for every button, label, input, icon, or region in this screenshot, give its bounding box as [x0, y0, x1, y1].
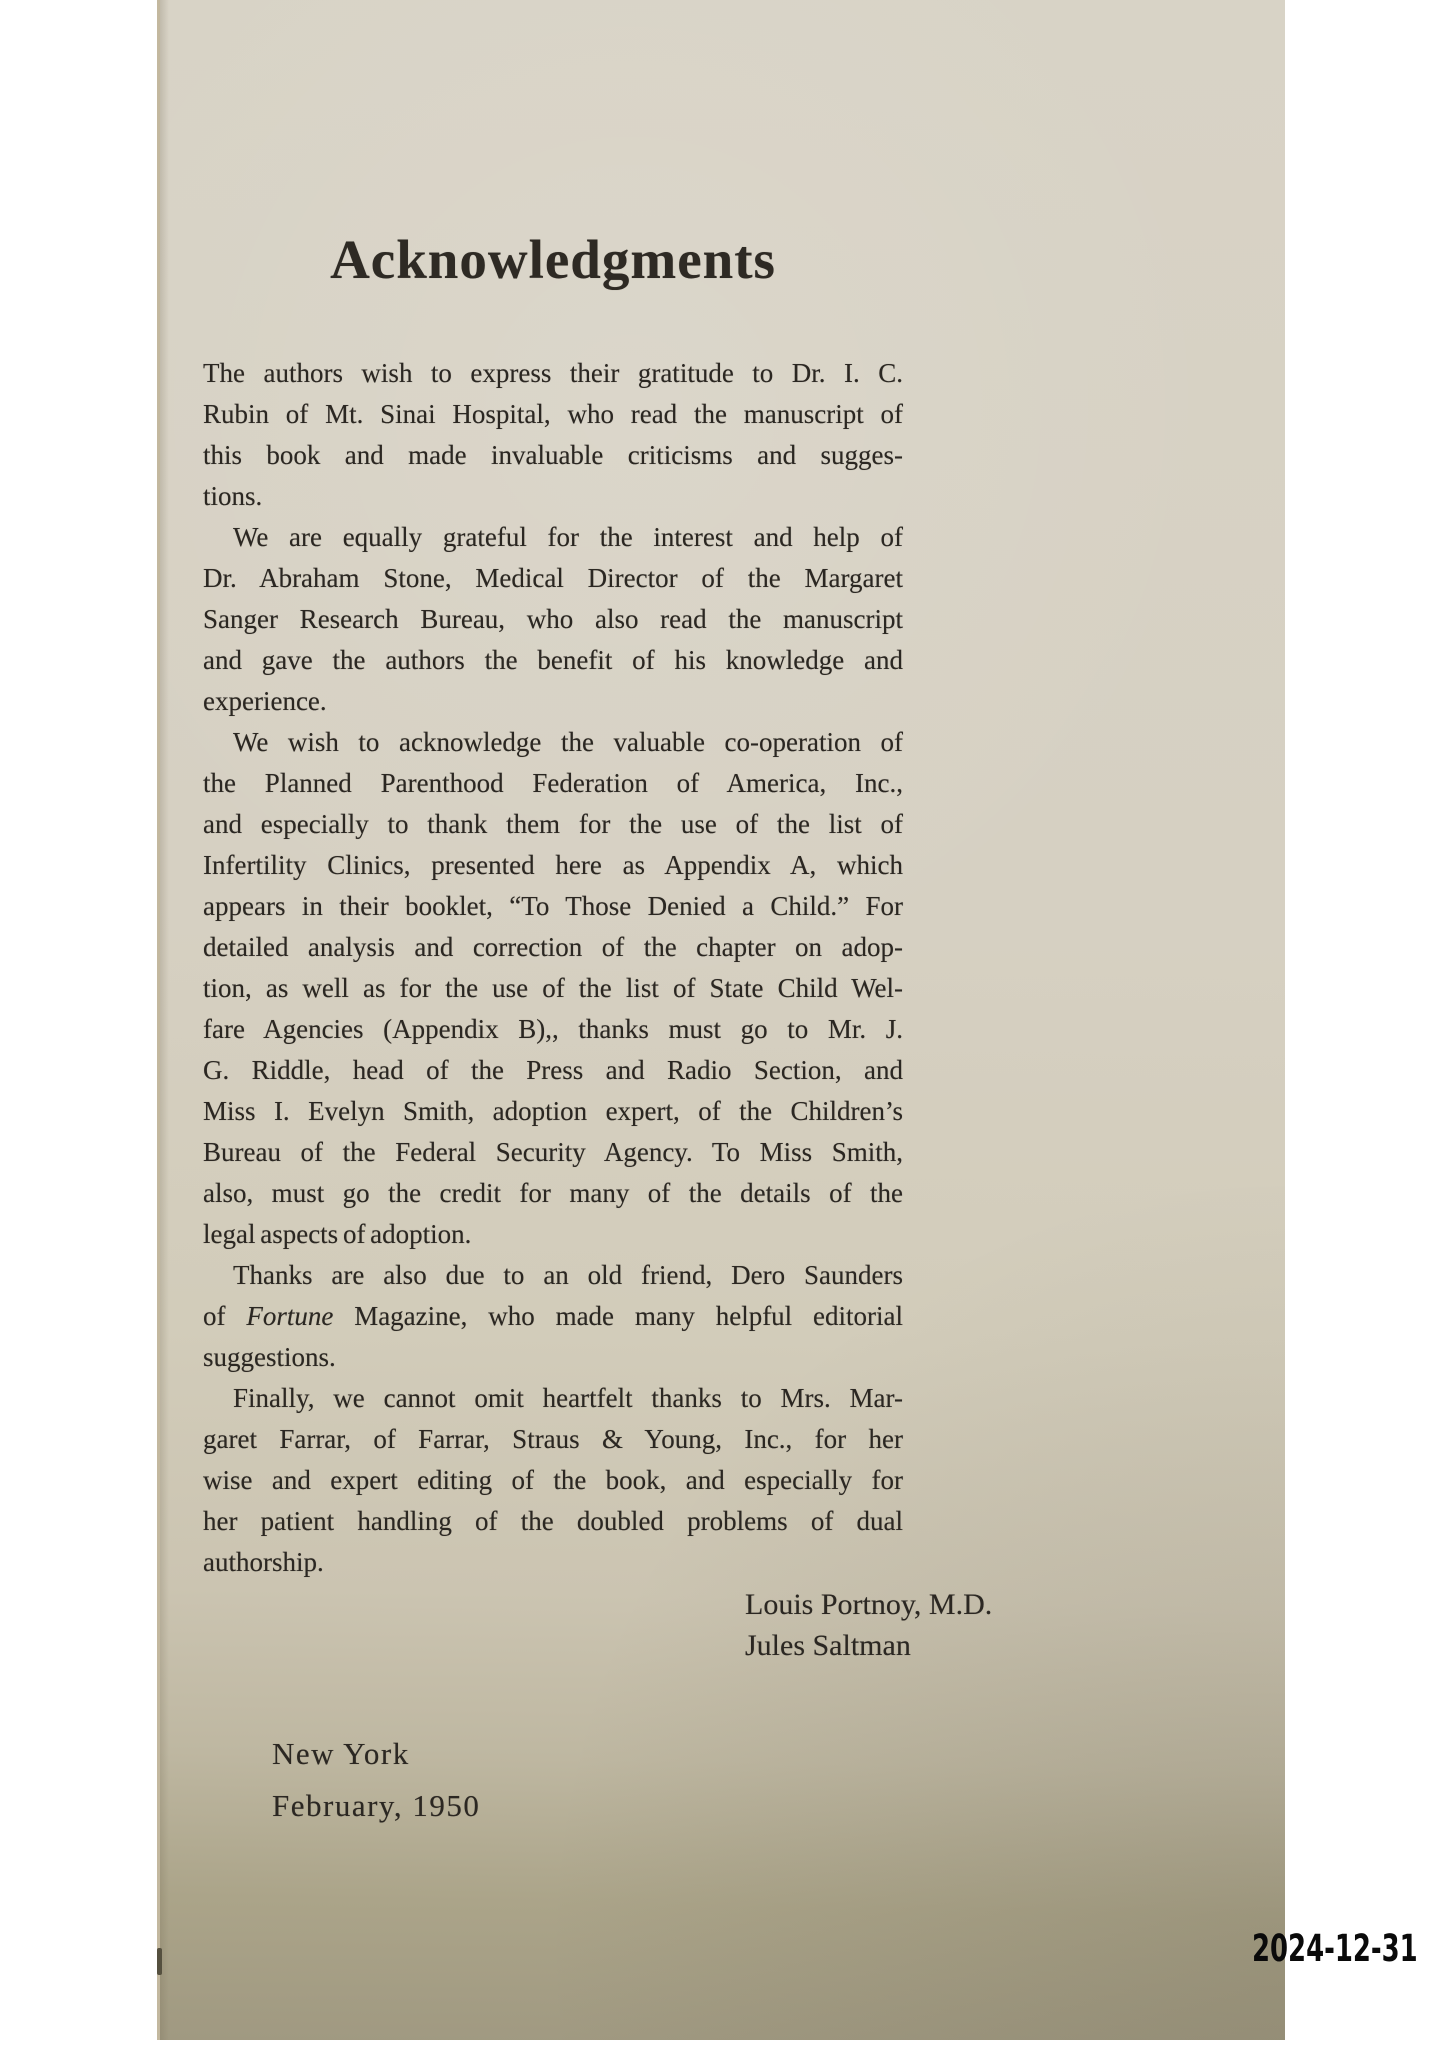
text-line: Bureau of the Federal Security Agency. T… [203, 1132, 903, 1173]
page-body: The authors wish to express their gratit… [203, 353, 903, 1583]
text-line: detailed analysis and correction of the … [203, 927, 903, 968]
text-line: this book and made invaluable criticisms… [203, 435, 903, 476]
paragraph: Thanks are also due to an old friend, De… [203, 1255, 903, 1378]
text-line: suggestions. [203, 1337, 903, 1378]
text-line: legal aspects of adoption. [203, 1214, 903, 1255]
text-line: Finally, we cannot omit heartfelt thanks… [203, 1378, 903, 1419]
page-content: Acknowledgments The authors wish to expr… [203, 0, 903, 1583]
text-line: Thanks are also due to an old friend, De… [203, 1255, 903, 1296]
text-line: Miss I. Evelyn Smith, adoption expert, o… [203, 1091, 903, 1132]
text-line: and gave the authors the benefit of his … [203, 640, 903, 681]
date-line: February, 1950 [272, 1780, 480, 1832]
place-date-block: New York February, 1950 [272, 1728, 480, 1832]
text-line: experience. [203, 681, 903, 722]
photo-canvas: Acknowledgments The authors wish to expr… [0, 0, 1445, 2045]
text-line: Rubin of Mt. Sinai Hospital, who read th… [203, 394, 903, 435]
text-line: G. Riddle, head of the Press and Radio S… [203, 1050, 903, 1091]
page-edge-mark [157, 1948, 162, 1975]
text-line: tion, as well as for the use of the list… [203, 968, 903, 1009]
paragraph: We wish to acknowledge the valuable co-o… [203, 722, 903, 1255]
signature-line: Louis Portnoy, M.D. [745, 1584, 992, 1625]
text-line: Sanger Research Bureau, who also read th… [203, 599, 903, 640]
text-line: of Fortune Magazine, who made many helpf… [203, 1296, 903, 1337]
signature-line: Jules Saltman [745, 1625, 992, 1666]
text-line: also, must go the credit for many of the… [203, 1173, 903, 1214]
text-line: the Planned Parenthood Federation of Ame… [203, 763, 903, 804]
text-line: The authors wish to express their gratit… [203, 353, 903, 394]
paragraph: Finally, we cannot omit heartfelt thanks… [203, 1378, 903, 1583]
text-line: We wish to acknowledge the valuable co-o… [203, 722, 903, 763]
text-line: and especially to thank them for the use… [203, 804, 903, 845]
paragraph: We are equally grateful for the interest… [203, 517, 903, 722]
camera-timestamp: 2024-12-31 [1252, 1930, 1418, 1967]
text-line: We are equally grateful for the interest… [203, 517, 903, 558]
place-line: New York [272, 1728, 480, 1780]
text-line: appears in their booklet, “To Those Deni… [203, 886, 903, 927]
text-line: garet Farrar, of Farrar, Straus & Young,… [203, 1419, 903, 1460]
text-line: tions. [203, 476, 903, 517]
text-segment: of [203, 1301, 246, 1331]
page-title: Acknowledgments [203, 232, 903, 288]
text-line: fare Agencies (Appendix B),, thanks must… [203, 1009, 903, 1050]
text-segment: Magazine, who made many helpful editoria… [333, 1301, 903, 1331]
signature-block: Louis Portnoy, M.D. Jules Saltman [745, 1584, 992, 1666]
paragraph: The authors wish to express their gratit… [203, 353, 903, 517]
italic-text: Fortune [246, 1301, 333, 1331]
text-line: Infertility Clinics, presented here as A… [203, 845, 903, 886]
text-line: wise and expert editing of the book, and… [203, 1460, 903, 1501]
text-line: authorship. [203, 1542, 903, 1583]
text-line: her patient handling of the doubled prob… [203, 1501, 903, 1542]
book-page-photo: Acknowledgments The authors wish to expr… [157, 0, 1285, 2040]
text-line: Dr. Abraham Stone, Medical Director of t… [203, 558, 903, 599]
